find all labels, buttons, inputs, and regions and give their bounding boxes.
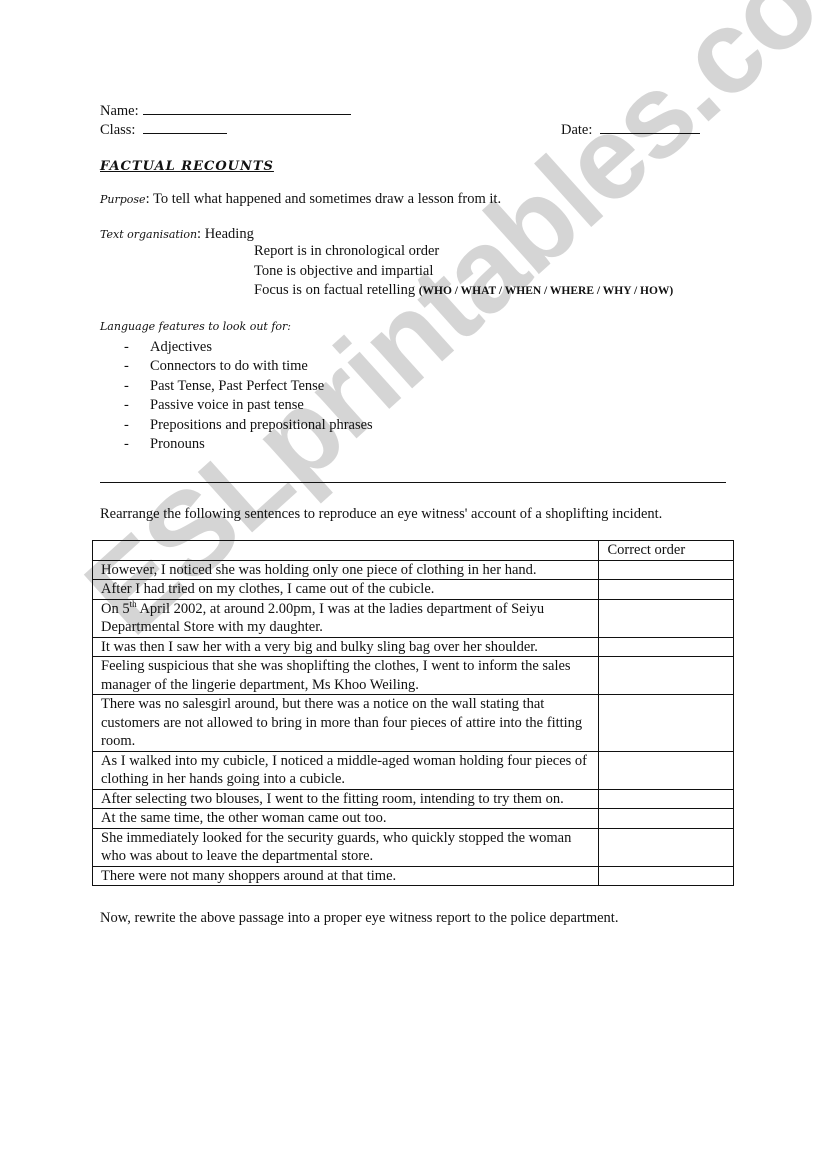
org-line: Tone is objective and impartial	[254, 263, 730, 283]
sentence-cell: However, I noticed she was holding only …	[93, 560, 599, 580]
text-organisation: Text organisation: Heading Report is in …	[100, 226, 730, 302]
page-title: FACTUAL RECOUNTS	[100, 159, 274, 174]
feature-item: -Past Tense, Past Perfect Tense	[100, 378, 730, 398]
dash-bullet: -	[100, 358, 150, 378]
class-field[interactable]	[143, 119, 227, 134]
text-organisation-first: : Heading	[197, 226, 254, 242]
table-row: It was then I saw her with a very big an…	[93, 637, 734, 657]
table-row: Feeling suspicious that she was shoplift…	[93, 657, 734, 695]
worksheet: Name: Class: Date: FACTUAL RECOUNTS Purp…	[100, 100, 730, 927]
class-date-row: Class: Date:	[100, 119, 700, 139]
feature-item: -Adjectives	[100, 339, 730, 359]
correct-order-cell[interactable]	[599, 599, 734, 637]
table-row: On 5th April 2002, at around 2.00pm, I w…	[93, 599, 734, 637]
divider	[100, 482, 726, 483]
text-organisation-label: Text organisation	[100, 228, 197, 241]
correct-order-cell[interactable]	[599, 637, 734, 657]
correct-order-cell[interactable]	[599, 809, 734, 829]
sentence-cell: Feeling suspicious that she was shoplift…	[93, 657, 599, 695]
features-list: -Adjectives-Connectors to do with time-P…	[100, 339, 730, 456]
dash-bullet: -	[100, 397, 150, 417]
date-label: Date:	[561, 122, 592, 138]
purpose-label: Purpose	[100, 193, 146, 206]
purpose-text: : To tell what happened and sometimes dr…	[146, 191, 502, 207]
correct-order-cell[interactable]	[599, 657, 734, 695]
sentence-cell: After selecting two blouses, I went to t…	[93, 789, 599, 809]
table-row: After I had tried on my clothes, I came …	[93, 580, 734, 600]
feature-item: -Connectors to do with time	[100, 358, 730, 378]
class-label: Class:	[100, 122, 135, 138]
feature-text: Adjectives	[150, 339, 212, 359]
sentence-cell: After I had tried on my clothes, I came …	[93, 580, 599, 600]
purpose: Purpose: To tell what happened and somet…	[100, 191, 730, 208]
correct-order-cell[interactable]	[599, 828, 734, 866]
name-label: Name:	[100, 103, 139, 120]
dash-bullet: -	[100, 417, 150, 437]
feature-item: -Pronouns	[100, 436, 730, 456]
sentence-cell: At the same time, the other woman came o…	[93, 809, 599, 829]
table-row: However, I noticed she was holding only …	[93, 560, 734, 580]
feature-text: Connectors to do with time	[150, 358, 308, 378]
sentence-cell: There was no salesgirl around, but there…	[93, 695, 599, 752]
feature-text: Past Tense, Past Perfect Tense	[150, 378, 324, 398]
sentence-cell: She immediately looked for the security …	[93, 828, 599, 866]
feature-text: Passive voice in past tense	[150, 397, 304, 417]
table-row: There were not many shoppers around at t…	[93, 866, 734, 886]
feature-text: Pronouns	[150, 436, 205, 456]
correct-order-cell[interactable]	[599, 789, 734, 809]
table-row: After selecting two blouses, I went to t…	[93, 789, 734, 809]
correct-order-cell[interactable]	[599, 695, 734, 752]
feature-item: -Passive voice in past tense	[100, 397, 730, 417]
table-row: At the same time, the other woman came o…	[93, 809, 734, 829]
org-line: Focus is on factual retelling (WHO / WHA…	[254, 282, 730, 302]
caps-note: (WHO / WHAT / WHEN / WHERE / WHY / HOW)	[419, 285, 674, 297]
date-field[interactable]	[600, 119, 700, 134]
final-instruction: Now, rewrite the above passage into a pr…	[100, 910, 730, 927]
correct-order-cell[interactable]	[599, 560, 734, 580]
language-features-label: Language features to look out for:	[100, 320, 291, 333]
dash-bullet: -	[100, 436, 150, 456]
table-row: As I walked into my cubicle, I noticed a…	[93, 751, 734, 789]
sentence-cell: It was then I saw her with a very big an…	[93, 637, 599, 657]
sentence-order-table: Correct order However, I noticed she was…	[92, 540, 734, 886]
feature-text: Prepositions and prepositional phrases	[150, 417, 373, 437]
dash-bullet: -	[100, 378, 150, 398]
correct-order-cell[interactable]	[599, 751, 734, 789]
header-correct-order: Correct order	[599, 541, 734, 561]
sentence-cell: On 5th April 2002, at around 2.00pm, I w…	[93, 599, 599, 637]
dash-bullet: -	[100, 339, 150, 359]
sentence-cell: There were not many shoppers around at t…	[93, 866, 599, 886]
feature-item: -Prepositions and prepositional phrases	[100, 417, 730, 437]
header-sentence	[93, 541, 599, 561]
table-row: There was no salesgirl around, but there…	[93, 695, 734, 752]
org-line: Report is in chronological order	[254, 243, 730, 263]
table-row: She immediately looked for the security …	[93, 828, 734, 866]
name-field[interactable]	[143, 100, 351, 115]
table-header-row: Correct order	[93, 541, 734, 561]
instructions: Rearrange the following sentences to rep…	[100, 505, 700, 525]
language-features: Language features to look out for: -Adje…	[100, 318, 730, 456]
sentence-cell: As I walked into my cubicle, I noticed a…	[93, 751, 599, 789]
correct-order-cell[interactable]	[599, 866, 734, 886]
correct-order-cell[interactable]	[599, 580, 734, 600]
name-row: Name:	[100, 100, 730, 119]
